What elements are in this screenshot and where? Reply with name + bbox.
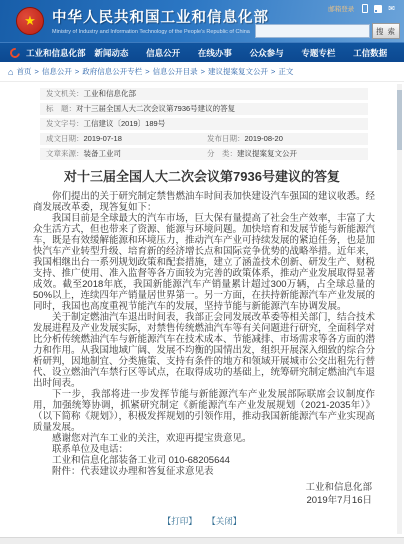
- meta-label: 文章来源：: [46, 148, 84, 160]
- meta-label: 分 类：: [207, 148, 237, 160]
- meta-label: 成文日期：: [46, 133, 84, 145]
- meta-row-source-category: 文章来源： 装备工业司 分 类： 建议提案复文公开: [40, 148, 368, 160]
- breadcrumb-home[interactable]: 首页: [16, 66, 31, 77]
- body-paragraph: 我国目前是全球最大的汽车市场，巨大保有量提高了社会生产效率，丰富了大众生活方式，…: [33, 213, 375, 312]
- site-title-block: 中华人民共和国工业和信息化部 Ministry of Industry and …: [52, 6, 269, 35]
- footer-strip: [0, 537, 404, 544]
- mobile-icon[interactable]: [362, 4, 368, 13]
- rss-icon[interactable]: [374, 5, 382, 13]
- content-area: 发文机关： 工业和信息化部 标 题： 对十三届全国人大二次会议第7936号建议的…: [0, 82, 404, 527]
- body-paragraph: 下一步，我部将进一步发挥节能与新能源汽车产业发展部际联席会议制度作用，加强统筹协…: [33, 389, 375, 433]
- breadcrumb-current: 正文: [278, 66, 293, 77]
- breadcrumb-gov-info-column[interactable]: 政府信息公开专栏: [82, 66, 142, 77]
- nav-item-news[interactable]: 新闻动态: [86, 47, 138, 59]
- breadcrumb-separator: >: [271, 67, 275, 76]
- meta-row-issuing-authority: 发文机关： 工业和信息化部: [40, 88, 368, 100]
- main-nav: 工业和信息化部 新闻动态 信息公开 在线办事 公众参与 专题专栏 工信数据: [0, 42, 404, 62]
- signature-org: 工业和信息化部: [0, 481, 372, 494]
- header-quick-links: 邮箱登录 ✉: [328, 4, 398, 13]
- breadcrumb-separator: >: [145, 67, 149, 76]
- print-button[interactable]: 【打印】: [163, 516, 197, 526]
- document-body: 你们提出的关于研究制定禁售燃油车时间表加快建设汽车强国的建议收悉。经商发展改革委…: [0, 191, 404, 477]
- meta-value: 对十三届全国人大二次会议第7936号建议的答复: [76, 103, 235, 115]
- meta-value: 装备工业司: [84, 148, 122, 160]
- nav-item-home[interactable]: 工业和信息化部: [26, 47, 86, 59]
- body-paragraph: 你们提出的关于研究制定禁售燃油车时间表加快建设汽车强国的建议收悉。经商发展改革委…: [33, 191, 375, 213]
- miit-logo-icon: [8, 46, 22, 60]
- meta-row-dates: 成文日期： 2019-07-18 发布日期： 2019-08-20: [40, 133, 368, 145]
- document-meta: 发文机关： 工业和信息化部 标 题： 对十三届全国人大二次会议第7936号建议的…: [40, 88, 368, 160]
- site-header: ★ 中华人民共和国工业和信息化部 Ministry of Industry an…: [0, 0, 404, 42]
- site-title: 中华人民共和国工业和信息化部: [52, 6, 269, 27]
- document-title: 对十三届全国人大二次会议第7936号建议的答复: [18, 168, 386, 185]
- home-icon[interactable]: ⌂: [8, 67, 13, 77]
- search-button[interactable]: 搜 索: [372, 23, 400, 39]
- meta-value: 2019-07-18: [84, 133, 122, 145]
- mail-icon[interactable]: ✉: [388, 5, 395, 13]
- nav-item-online-services[interactable]: 在线办事: [189, 47, 241, 59]
- scrollbar-track[interactable]: [397, 84, 402, 534]
- breadcrumb-info-directory[interactable]: 信息公开目录: [153, 66, 198, 77]
- document-actions: 【打印】 【关闭】: [0, 515, 404, 527]
- signature-date: 2019年7月16日: [0, 494, 372, 507]
- meta-label: 发布日期：: [207, 133, 245, 145]
- mail-login-link[interactable]: 邮箱登录: [328, 4, 354, 13]
- breadcrumb-separator: >: [75, 67, 79, 76]
- meta-row-doc-number: 发文字号： 工信建议〔2019〕189号: [40, 118, 368, 130]
- body-paragraph: 关于制定燃油汽车退出时间表，我部正会同发展改革委等相关部门，结合技术发展进程及产…: [33, 312, 375, 389]
- nav-item-info-disclosure[interactable]: 信息公开: [137, 47, 189, 59]
- nav-item-public-participation[interactable]: 公众参与: [241, 47, 293, 59]
- nav-item-special-topics[interactable]: 专题专栏: [293, 47, 345, 59]
- breadcrumb-separator: >: [34, 67, 38, 76]
- breadcrumb: ⌂ 首页 > 信息公开 > 政府信息公开专栏 > 信息公开目录 > 建议提案复文…: [0, 62, 404, 82]
- body-paragraph-contact-heading: 联系单位及电话：: [33, 444, 375, 455]
- site-subtitle: Ministry of Industry and Information Tec…: [52, 29, 269, 35]
- meta-value: 2019-08-20: [245, 133, 283, 145]
- meta-value: 工业和信息化部: [84, 88, 137, 100]
- meta-label: 发文字号：: [46, 118, 84, 130]
- signature-block: 工业和信息化部 2019年7月16日: [0, 481, 404, 507]
- national-emblem-icon: ★: [16, 7, 44, 35]
- body-paragraph-contact-phone: 工业和信息化部装备工业司 010-68205644: [33, 455, 375, 466]
- meta-label: 标 题：: [46, 103, 76, 115]
- meta-value: 建议提案复文公开: [237, 148, 297, 160]
- meta-value: 工信建议〔2019〕189号: [84, 118, 166, 130]
- page: ★ 中华人民共和国工业和信息化部 Ministry of Industry an…: [0, 0, 404, 544]
- close-button[interactable]: 【关闭】: [207, 516, 241, 526]
- breadcrumb-suggestion-replies[interactable]: 建议提案复文公开: [208, 66, 268, 77]
- breadcrumb-info-disclosure[interactable]: 信息公开: [42, 66, 72, 77]
- breadcrumb-separator: >: [201, 67, 205, 76]
- body-paragraph: 感谢您对汽车工业的关注，欢迎再提宝贵意见。: [33, 433, 375, 444]
- body-paragraph-attachment: 附件：代表建议办理和答复征求意见表: [33, 466, 375, 477]
- search-input[interactable]: [255, 24, 370, 38]
- meta-label: 发文机关：: [46, 88, 84, 100]
- scrollbar-thumb[interactable]: [397, 90, 402, 150]
- nav-item-data[interactable]: 工信数据: [344, 47, 396, 59]
- search-bar: 搜 索: [255, 23, 400, 39]
- meta-row-title: 标 题： 对十三届全国人大二次会议第7936号建议的答复: [40, 103, 368, 115]
